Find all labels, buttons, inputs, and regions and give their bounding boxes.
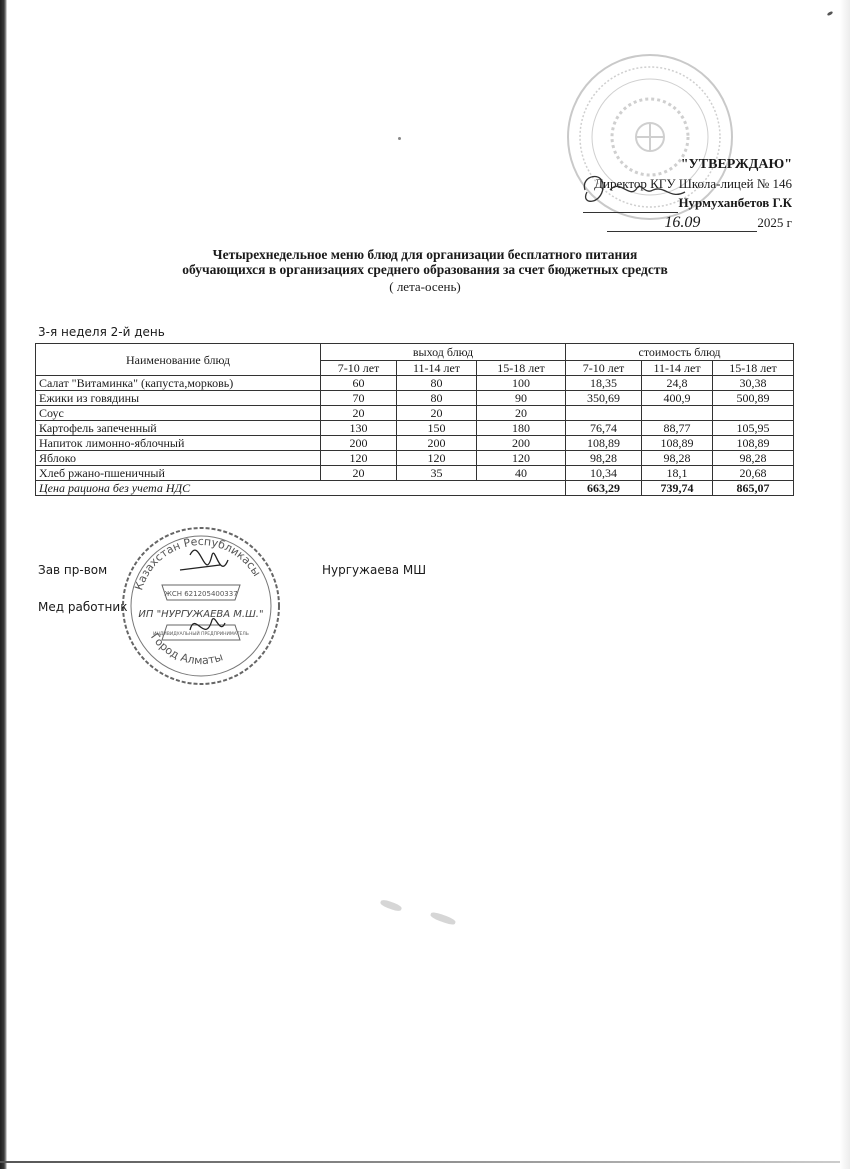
header-age: 15-18 лет: [477, 361, 566, 376]
table-row: Хлеб ржано-пшеничный 20 35 40 10,34 18,1…: [36, 466, 794, 481]
header-age: 7-10 лет: [566, 361, 642, 376]
cost-cell: 30,38: [713, 376, 794, 391]
output-cell: 120: [321, 451, 397, 466]
stamp-outer-top: Казахстан Республикасы: [132, 535, 263, 592]
output-cell: 35: [397, 466, 477, 481]
stamp-center: ИП "НУРГУЖАЕВА М.Ш.": [138, 609, 263, 620]
output-cell: 150: [397, 421, 477, 436]
table-row: Напиток лимонно-яблочный 200 200 200 108…: [36, 436, 794, 451]
scan-edge-bottom: [0, 1161, 840, 1163]
entrepreneur-stamp-icon: Казахстан Республикасы Город Алматы ЖСН …: [120, 525, 282, 687]
output-cell: 80: [397, 391, 477, 406]
cost-cell: 20,68: [713, 466, 794, 481]
header-age: 11-14 лет: [397, 361, 477, 376]
header-age: 15-18 лет: [713, 361, 794, 376]
document-subtitle: ( лета-осень): [0, 279, 850, 295]
cost-cell: 108,89: [642, 436, 713, 451]
cost-cell: [713, 406, 794, 421]
dish-name: Напиток лимонно-яблочный: [36, 436, 321, 451]
stamp-type: ИНДИВИДУАЛЬНЫЙ ПРЕДПРИНИМАТЕЛЬ: [153, 630, 249, 637]
dish-name: Яблоко: [36, 451, 321, 466]
table-header-row: Наименование блюд выход блюд стоимость б…: [36, 344, 794, 361]
output-cell: 20: [397, 406, 477, 421]
cost-cell: 400,9: [642, 391, 713, 406]
table-row: Ежики из говядины 70 80 90 350,69 400,9 …: [36, 391, 794, 406]
cost-cell: 500,89: [713, 391, 794, 406]
table-total-row: Цена рациона без учета НДС 663,29 739,74…: [36, 481, 794, 496]
cost-cell: 108,89: [566, 436, 642, 451]
output-cell: 40: [477, 466, 566, 481]
header-age: 11-14 лет: [642, 361, 713, 376]
scan-smudge: [379, 898, 402, 912]
signature-role-medical: Мед работник: [38, 600, 127, 614]
cost-cell: 105,95: [713, 421, 794, 436]
scan-speck: [827, 11, 834, 17]
header-cost-group: стоимость блюд: [566, 344, 794, 361]
signature-name: Нургужаева МШ: [322, 563, 426, 577]
dish-name: Картофель запеченный: [36, 421, 321, 436]
cost-cell: 76,74: [566, 421, 642, 436]
output-cell: 120: [477, 451, 566, 466]
director-signature-icon: [575, 160, 725, 220]
cost-cell: 98,28: [566, 451, 642, 466]
week-day-label: 3-я неделя 2-й день: [38, 325, 165, 339]
cost-cell: 18,35: [566, 376, 642, 391]
stamp-id-line: ЖСН 621205400337: [164, 590, 237, 598]
document-title-line2: обучающихся в организациях среднего обра…: [0, 262, 850, 277]
approval-year: 2025 г: [757, 215, 792, 230]
dish-name: Соус: [36, 406, 321, 421]
cost-cell: 350,69: [566, 391, 642, 406]
cost-cell: [642, 406, 713, 421]
output-cell: 130: [321, 421, 397, 436]
output-cell: 200: [477, 436, 566, 451]
scan-speck: [398, 137, 401, 140]
scan-edge-right: [840, 0, 850, 1169]
header-dish-name: Наименование блюд: [36, 344, 321, 376]
total-label: Цена рациона без учета НДС: [36, 481, 566, 496]
menu-table: Наименование блюд выход блюд стоимость б…: [35, 343, 794, 496]
cost-cell: 18,1: [642, 466, 713, 481]
dish-name: Ежики из говядины: [36, 391, 321, 406]
total-cell: 865,07: [713, 481, 794, 496]
cost-cell: 98,28: [642, 451, 713, 466]
output-cell: 200: [321, 436, 397, 451]
dish-name: Салат "Витаминка" (капуста,морковь): [36, 376, 321, 391]
table-row: Салат "Витаминка" (капуста,морковь) 60 8…: [36, 376, 794, 391]
table-row: Соус 20 20 20: [36, 406, 794, 421]
signature-role-production-head: Зав пр-вом: [38, 563, 107, 577]
cost-cell: 10,34: [566, 466, 642, 481]
output-cell: 100: [477, 376, 566, 391]
output-cell: 80: [397, 376, 477, 391]
scan-smudge: [430, 911, 457, 926]
output-cell: 20: [477, 406, 566, 421]
output-cell: 90: [477, 391, 566, 406]
table-row: Картофель запеченный 130 150 180 76,74 8…: [36, 421, 794, 436]
scan-edge-left: [0, 0, 7, 1169]
table-row: Яблоко 120 120 120 98,28 98,28 98,28: [36, 451, 794, 466]
output-cell: 70: [321, 391, 397, 406]
document-title: Четырехнедельное меню блюд для организац…: [0, 247, 850, 277]
cost-cell: 108,89: [713, 436, 794, 451]
header-output-group: выход блюд: [321, 344, 566, 361]
cost-cell: [566, 406, 642, 421]
dish-name: Хлеб ржано-пшеничный: [36, 466, 321, 481]
svg-text:Казахстан Республикасы: Казахстан Республикасы: [132, 535, 263, 592]
total-cell: 663,29: [566, 481, 642, 496]
output-cell: 180: [477, 421, 566, 436]
output-cell: 120: [397, 451, 477, 466]
cost-cell: 24,8: [642, 376, 713, 391]
cost-cell: 88,77: [642, 421, 713, 436]
output-cell: 20: [321, 466, 397, 481]
output-cell: 60: [321, 376, 397, 391]
header-age: 7-10 лет: [321, 361, 397, 376]
cost-cell: 98,28: [713, 451, 794, 466]
output-cell: 20: [321, 406, 397, 421]
output-cell: 200: [397, 436, 477, 451]
total-cell: 739,74: [642, 481, 713, 496]
document-title-line1: Четырехнедельное меню блюд для организац…: [0, 247, 850, 262]
